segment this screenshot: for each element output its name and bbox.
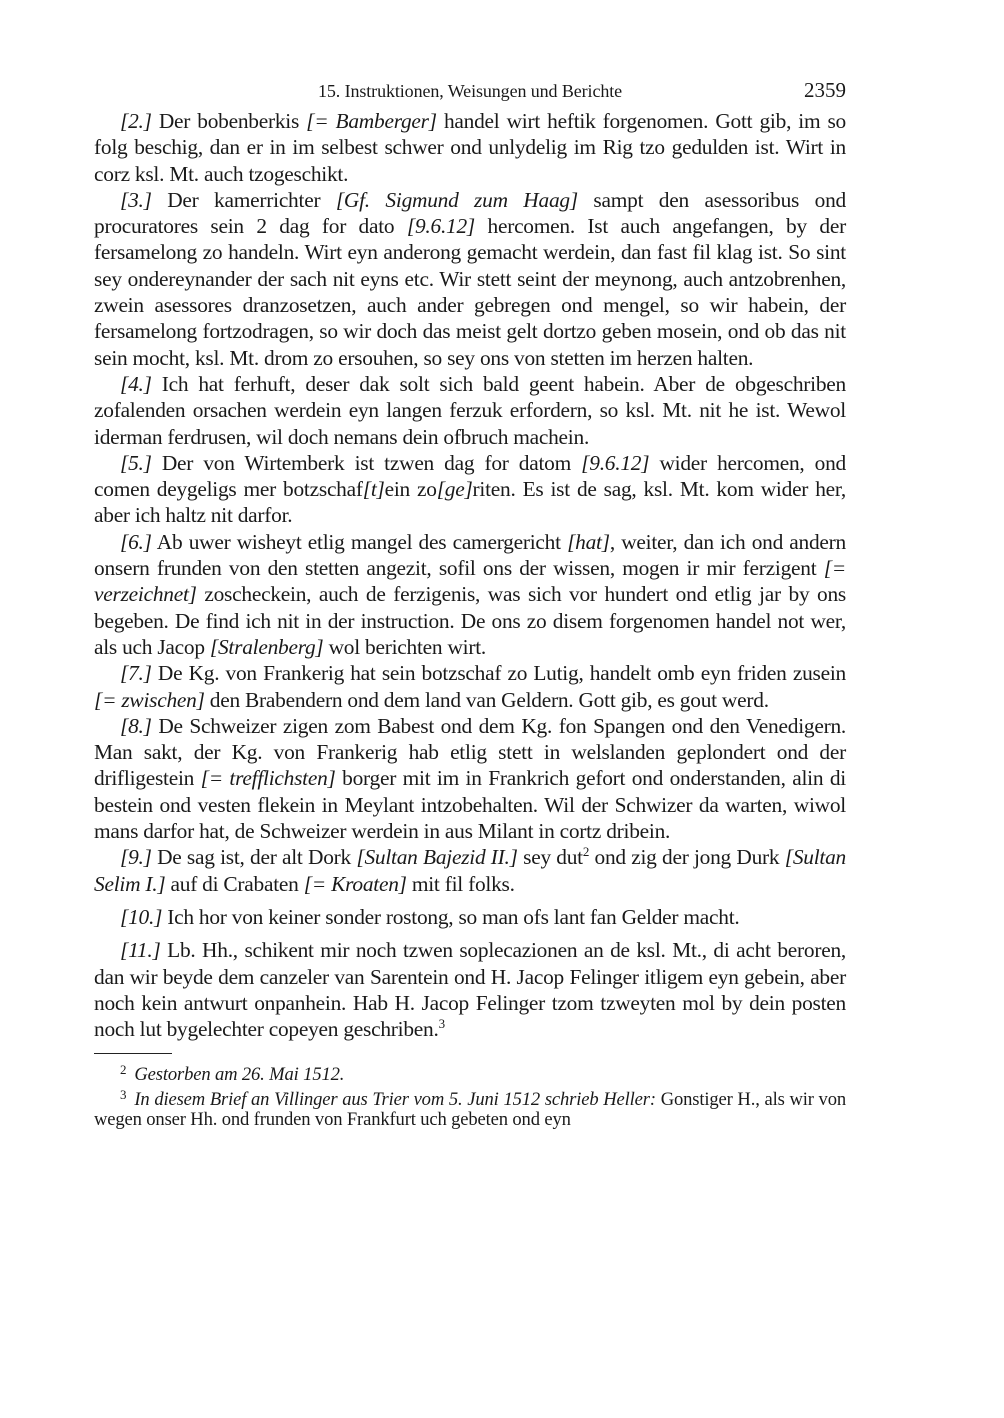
editorial-insertion: [t] (363, 477, 385, 501)
text-run: De sag ist, der alt Dork (152, 845, 357, 869)
editorial-insertion: [= Bamberger] (306, 109, 437, 133)
footnote-2: 2Gestorben am 26. Mai 1512. (94, 1060, 846, 1085)
text-run: Der kamerrichter (152, 188, 336, 212)
paragraph-2: [2.] Der bobenberkis [= Bamberger] hande… (94, 108, 846, 187)
paragraph-number: [11.] (120, 938, 161, 962)
paragraph-number: [9.] (120, 845, 152, 869)
paragraph-number: [2.] (120, 109, 152, 133)
page-number: 2359 (804, 78, 846, 103)
text-run: wol berichten wirt. (324, 635, 487, 659)
paragraph-10: [10.] Ich hor von keiner sonder rostong,… (94, 904, 846, 930)
paragraph-9: [9.] De sag ist, der alt Dork [Sultan Ba… (94, 844, 846, 897)
editorial-insertion: [Stralenberg] (210, 635, 324, 659)
body-text: [2.] Der bobenberkis [= Bamberger] hande… (94, 108, 846, 1042)
footnote-rule (94, 1053, 172, 1054)
paragraph-11: [11.] Lb. Hh., schikent mir noch tzwen s… (94, 937, 846, 1042)
footnote-3: 3In diesem Brief an Villinger aus Trier … (94, 1085, 846, 1130)
editorial-insertion: [9.6.12] (407, 214, 475, 238)
paragraph-6: [6.] Ab uwer wisheyt etlig mangel des ca… (94, 529, 846, 660)
paragraph-8: [8.] De Schweizer zigen zom Babest ond d… (94, 713, 846, 844)
text-run: ond zig der jong Durk (589, 845, 785, 869)
editorial-insertion: [9.6.12] (581, 451, 649, 475)
footnote-mark: 3 (120, 1087, 126, 1102)
paragraph-number: [3.] (120, 188, 152, 212)
text-run: Der bobenberkis (152, 109, 306, 133)
footnote-mark: 2 (120, 1062, 126, 1077)
paragraph-5: [5.] Der von Wirtemberk ist tzwen dag fo… (94, 450, 846, 529)
editorial-insertion: [hat] (567, 530, 610, 554)
paragraph-number: [7.] (120, 661, 152, 685)
paragraph-number: [5.] (120, 451, 152, 475)
paragraph-7: [7.] De Kg. von Frankerig hat sein botzs… (94, 660, 846, 713)
editorial-insertion: In diesem Brief an Villinger aus Trier v… (134, 1089, 656, 1110)
text-run: Ab uwer wisheyt etlig mangel des camerge… (152, 530, 567, 554)
editorial-insertion: [= Kroaten] (304, 872, 407, 896)
text-run: De Kg. von Frankerig hat sein botzschaf … (152, 661, 846, 685)
text-run: Ich hor von keiner sonder rostong, so ma… (162, 905, 739, 929)
paragraph-3: [3.] Der kamerrichter [Gf. Sigmund zum H… (94, 187, 846, 371)
editorial-insertion: [= trefflichsten] (201, 766, 336, 790)
text-run: mit fil folks. (407, 872, 515, 896)
footnote-reference: 3 (439, 1016, 445, 1031)
text-run: auf di Crabaten (165, 872, 303, 896)
paragraph-number: [10.] (120, 905, 162, 929)
running-head: 15. Instruktionen, Weisungen und Bericht… (94, 78, 846, 108)
editorial-insertion: [Sultan Bajezid II.] (356, 845, 517, 869)
document-page: 15. Instruktionen, Weisungen und Bericht… (94, 78, 846, 1130)
paragraph-4: [4.] Ich hat ferhuft, deser dak solt sic… (94, 371, 846, 450)
running-title: 15. Instruktionen, Weisungen und Bericht… (94, 81, 846, 102)
text-run: Lb. Hh., schikent mir noch tzwen sopleca… (94, 938, 846, 1041)
editorial-insertion: [ge] (437, 477, 473, 501)
editorial-insertion: [= zwischen] (94, 688, 205, 712)
paragraph-number: [8.] (120, 714, 152, 738)
text-run: Ich hat ferhuft, deser dak solt sich bal… (94, 372, 846, 449)
paragraph-number: [6.] (120, 530, 152, 554)
editorial-insertion: Gestorben am 26. Mai 1512. (134, 1064, 344, 1085)
text-run: sey dut (518, 845, 583, 869)
text-run: Der von Wirtemberk ist tzwen dag for dat… (152, 451, 581, 475)
text-run: ein zo (385, 477, 437, 501)
text-run: den Brabendern ond dem land van Geldern.… (205, 688, 769, 712)
editorial-insertion: [Gf. Sigmund zum Haag] (336, 188, 578, 212)
footnotes: 2Gestorben am 26. Mai 1512. 3In diesem B… (94, 1060, 846, 1130)
paragraph-number: [4.] (120, 372, 152, 396)
